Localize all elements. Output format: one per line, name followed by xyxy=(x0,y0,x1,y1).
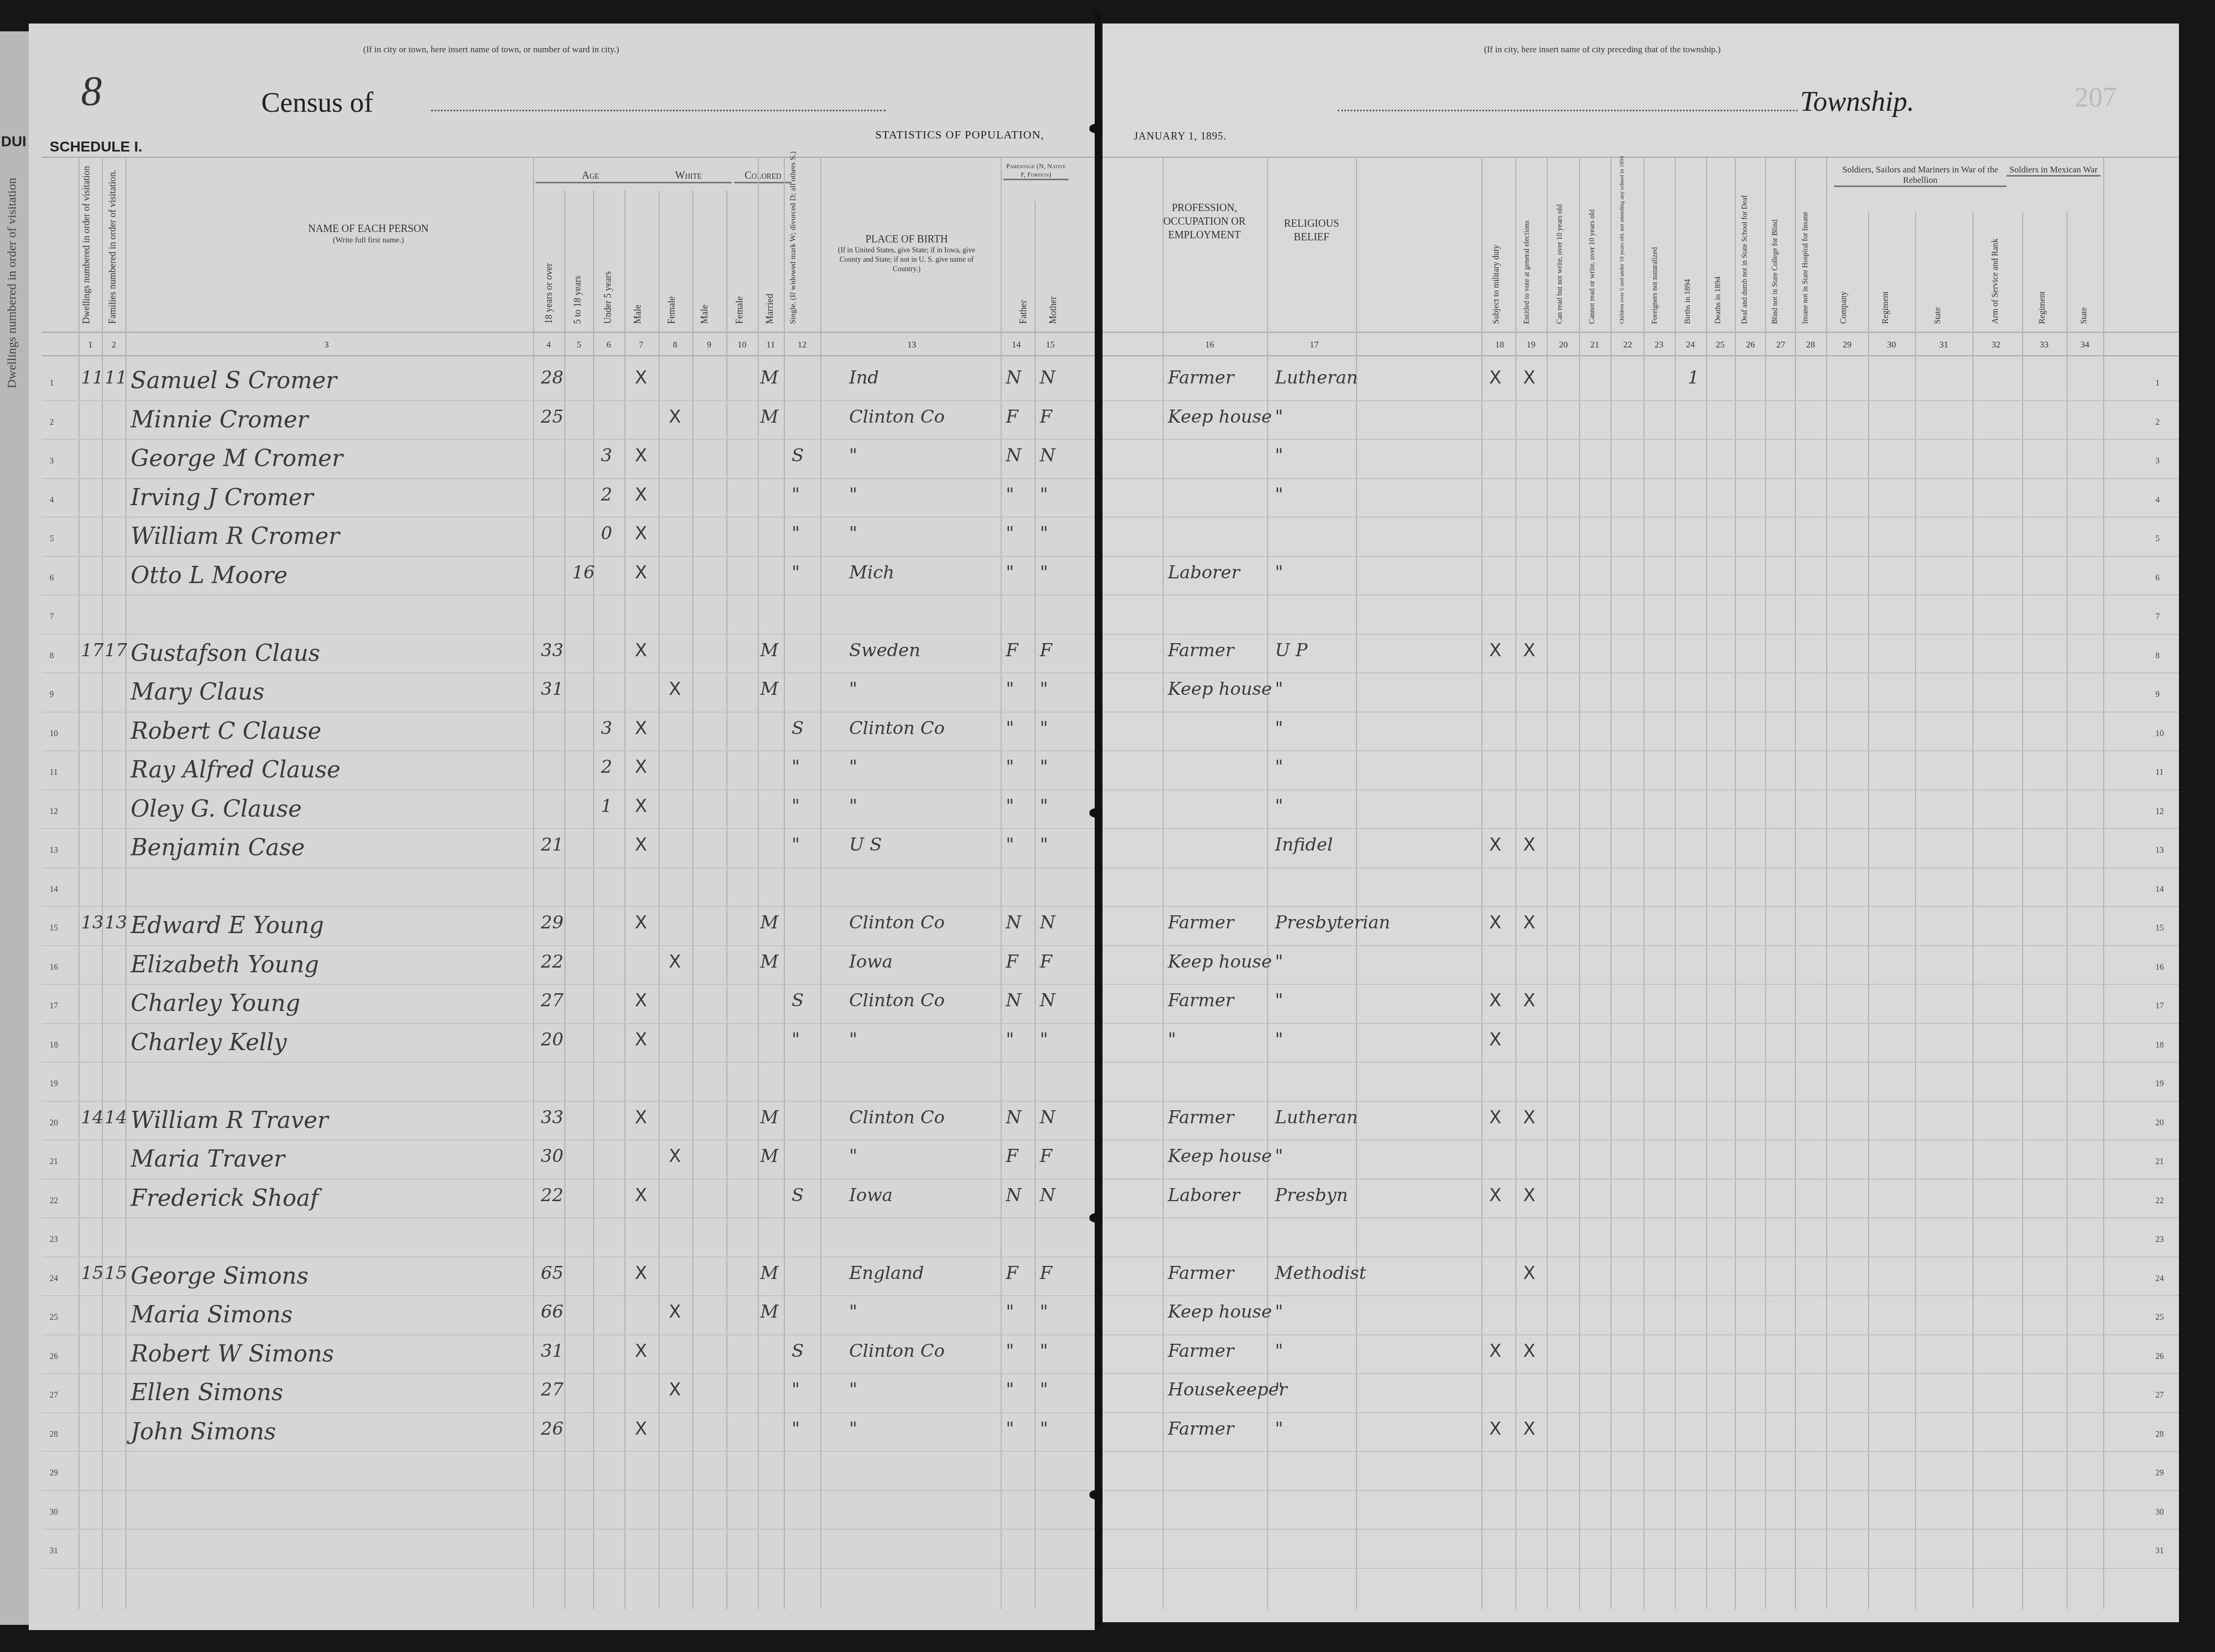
entry-religion: " xyxy=(1275,1146,1283,1167)
row-rule xyxy=(1103,439,2179,440)
col-34-header: State xyxy=(2080,222,2089,324)
row-rule xyxy=(1103,1529,2179,1530)
entry-status_s: " xyxy=(792,796,800,817)
census-place-blank xyxy=(431,110,886,111)
entry-birth: Clinton Co xyxy=(849,912,945,933)
col-30-header: Regiment xyxy=(1881,222,1891,324)
group-white: White xyxy=(645,170,732,183)
row-rule xyxy=(42,1295,1100,1296)
row-rule xyxy=(1103,1062,2179,1063)
entry-mother: " xyxy=(1040,757,1048,777)
entry-male: X xyxy=(635,912,647,933)
col-rule xyxy=(593,191,594,1609)
row-rule xyxy=(1103,1568,2179,1569)
entry-occupation: Housekeeper xyxy=(1168,1379,1288,1400)
col-rule xyxy=(1915,212,1916,1609)
row-line-number: 7 xyxy=(50,612,54,622)
group-colored: Colored xyxy=(734,170,792,183)
row-rule xyxy=(1103,672,2179,673)
col-rule xyxy=(1035,201,1036,1609)
entry-name: Edward E Young xyxy=(131,912,324,939)
row-rule xyxy=(42,478,1100,479)
col-rule xyxy=(1001,157,1002,1609)
row-line-number: 18 xyxy=(2155,1041,2164,1050)
entry-mother: " xyxy=(1040,562,1048,583)
name-column-note: (Write full first name.) xyxy=(212,236,525,246)
row-line-number: 5 xyxy=(50,534,54,544)
row-line-number: 19 xyxy=(2155,1079,2164,1089)
row-line-number: 30 xyxy=(50,1508,58,1517)
row-line-number: 9 xyxy=(50,690,54,700)
entry-vote: X xyxy=(1523,367,1535,388)
entry-name: Minnie Cromer xyxy=(131,406,308,433)
entry-status_m: M xyxy=(760,1263,779,1284)
col-num-23: 23 xyxy=(1649,340,1669,350)
col-rule xyxy=(2067,212,2068,1609)
entry-father: F xyxy=(1006,1263,1018,1284)
entry-birth: Iowa xyxy=(849,1185,892,1206)
col-num-8: 8 xyxy=(665,340,686,350)
entry-mother: N xyxy=(1040,1185,1056,1206)
entry-name: Charley Kelly xyxy=(131,1029,287,1056)
col-32-header: Arm of Service and Rank xyxy=(1991,222,2012,324)
entry-name: Oley G. Clause xyxy=(131,796,302,822)
entry-name: Charley Young xyxy=(131,990,300,1017)
row-line-number: 8 xyxy=(2155,652,2160,661)
entry-mother: " xyxy=(1040,1029,1048,1050)
entry-status_s: " xyxy=(792,484,800,505)
row-line-number: 6 xyxy=(50,574,54,583)
row-rule xyxy=(1103,478,2179,479)
entry-father: N xyxy=(1006,1107,1022,1128)
col-num-33: 33 xyxy=(2034,340,2055,350)
entry-age5_18: 16 xyxy=(572,562,595,583)
entry-father: " xyxy=(1006,834,1014,855)
row-rule xyxy=(42,517,1100,518)
row-line-number: 4 xyxy=(50,496,54,505)
col-23-header: Foreigners not naturalized xyxy=(1651,165,1672,324)
entry-name: Maria Simons xyxy=(131,1301,293,1328)
row-line-number: 15 xyxy=(2155,924,2164,933)
entry-male: X xyxy=(635,1418,647,1439)
entry-religion: U P xyxy=(1275,640,1307,661)
entry-age18: 27 xyxy=(541,1379,563,1400)
row-line-number: 26 xyxy=(50,1352,58,1362)
entry-mother: F xyxy=(1040,1263,1052,1284)
entry-religion: " xyxy=(1275,1379,1283,1400)
entry-status_m: M xyxy=(760,1107,779,1128)
col-14-header: Father xyxy=(1018,248,1029,324)
row-line-number: 20 xyxy=(2155,1119,2164,1128)
row-rule xyxy=(1103,1295,2179,1296)
entry-male: X xyxy=(635,757,647,777)
entry-birth: " xyxy=(849,1301,857,1322)
col-7-header: Male xyxy=(632,217,643,324)
col-rule xyxy=(533,157,534,1609)
row-rule xyxy=(42,634,1100,635)
entry-occupation: Keep house xyxy=(1168,679,1272,700)
row-line-number: 13 xyxy=(2155,846,2164,855)
entry-religion: " xyxy=(1275,679,1283,700)
col-29-header: Company xyxy=(1839,222,1849,324)
column-number-rule xyxy=(42,355,1100,356)
row-rule xyxy=(42,750,1100,751)
entry-male: X xyxy=(635,640,647,661)
entry-family: 14 xyxy=(105,1107,127,1128)
entry-vote: X xyxy=(1523,912,1535,933)
col-num-6: 6 xyxy=(598,340,619,350)
col-num-14: 14 xyxy=(1006,340,1027,350)
entry-birth: U S xyxy=(849,834,882,855)
entry-male: X xyxy=(635,990,647,1011)
row-line-number: 3 xyxy=(2155,457,2160,466)
entry-under5: 2 xyxy=(601,484,612,505)
row-line-number: 2 xyxy=(50,418,54,427)
col-25-header: Deaths in 1894 xyxy=(1714,165,1723,324)
row-line-number: 29 xyxy=(50,1469,58,1478)
entry-name: Robert W Simons xyxy=(131,1341,334,1367)
entry-mother: N xyxy=(1040,912,1056,933)
entry-occupation: Farmer xyxy=(1168,1341,1234,1362)
entry-status_m: M xyxy=(760,679,779,700)
row-line-number: 11 xyxy=(2155,768,2163,777)
col-num-34: 34 xyxy=(2074,340,2095,350)
row-rule xyxy=(42,672,1100,673)
row-line-number: 26 xyxy=(2155,1352,2164,1362)
group-mexican: Soldiers in Mexican War xyxy=(2007,165,2101,177)
entry-male: X xyxy=(635,718,647,739)
col-num-27: 27 xyxy=(1770,340,1791,350)
entry-female: X xyxy=(669,406,681,427)
row-rule xyxy=(42,828,1100,829)
row-rule xyxy=(1103,750,2179,751)
row-line-number: 4 xyxy=(2155,496,2160,505)
entry-mother: N xyxy=(1040,367,1056,388)
row-line-number: 16 xyxy=(2155,963,2164,972)
entry-father: N xyxy=(1006,912,1022,933)
census-of-title: Census of xyxy=(261,86,374,119)
entry-vote: X xyxy=(1523,1263,1535,1284)
entry-status_s: S xyxy=(792,718,804,739)
entry-male: X xyxy=(635,796,647,817)
entry-name: William R Cromer xyxy=(131,523,340,550)
entry-under5: 2 xyxy=(601,757,612,777)
row-rule xyxy=(42,867,1100,868)
entry-age18: 29 xyxy=(541,912,563,933)
group-parentage: Parentage (N, Native F, Foreign) xyxy=(1003,162,1069,180)
entry-birth: Clinton Co xyxy=(849,718,945,739)
col-num-19: 19 xyxy=(1521,340,1541,350)
col-16-header: PROFESSION, OCCUPATION OR EMPLOYMENT xyxy=(1155,201,1254,242)
entry-religion: " xyxy=(1275,406,1283,427)
col-num-11: 11 xyxy=(760,340,781,350)
entry-mother: " xyxy=(1040,1418,1048,1439)
entry-vote: X xyxy=(1523,834,1535,855)
city-name-blank xyxy=(1338,110,1797,111)
row-line-number: 24 xyxy=(2155,1274,2164,1284)
col-rule xyxy=(1765,157,1766,1609)
entry-under5: 3 xyxy=(601,445,612,466)
entry-birth: Clinton Co xyxy=(849,1107,945,1128)
entry-male: X xyxy=(635,367,647,388)
entry-family: 13 xyxy=(105,912,127,933)
col-rule xyxy=(1868,212,1869,1609)
row-line-number: 23 xyxy=(50,1235,58,1244)
col-num-25: 25 xyxy=(1710,340,1731,350)
entry-occupation: Keep house xyxy=(1168,406,1272,427)
entry-male: X xyxy=(635,1185,647,1206)
entry-vote: X xyxy=(1523,1107,1535,1128)
entry-status_m: M xyxy=(760,951,779,972)
row-rule xyxy=(1103,400,2179,401)
row-rule xyxy=(1103,1139,2179,1141)
row-rule xyxy=(1103,1334,2179,1335)
entry-status_m: M xyxy=(760,640,779,661)
entry-name: Robert C Clause xyxy=(131,718,321,744)
entry-status_m: M xyxy=(760,406,779,427)
col-num-10: 10 xyxy=(732,340,752,350)
entry-religion: " xyxy=(1275,757,1283,777)
col-17-header: RELIGIOUS BELIEF xyxy=(1278,217,1346,244)
col-num-31: 31 xyxy=(1933,340,1954,350)
row-rule xyxy=(1103,1490,2179,1491)
row-line-number: 7 xyxy=(2155,612,2160,622)
group-age: Age xyxy=(536,170,645,183)
col-num-24: 24 xyxy=(1680,340,1701,350)
entry-birth: " xyxy=(849,1418,857,1439)
row-rule xyxy=(1103,1023,2179,1024)
entry-occupation: Farmer xyxy=(1168,990,1234,1011)
entry-religion: " xyxy=(1275,1029,1283,1050)
col-rule xyxy=(1735,157,1736,1609)
entry-name: Ray Alfred Clause xyxy=(131,757,341,783)
entry-mother: N xyxy=(1040,990,1056,1011)
row-line-number: 29 xyxy=(2155,1469,2164,1478)
entry-female: X xyxy=(669,1379,681,1400)
row-line-number: 12 xyxy=(50,807,58,817)
row-line-number: 21 xyxy=(2155,1157,2164,1167)
entry-military: X xyxy=(1489,990,1501,1011)
row-rule xyxy=(1103,867,2179,868)
row-line-number: 12 xyxy=(2155,807,2164,817)
entry-father: N xyxy=(1006,367,1022,388)
col-num-20: 20 xyxy=(1553,340,1574,350)
col-num-26: 26 xyxy=(1740,340,1761,350)
row-line-number: 14 xyxy=(50,885,58,894)
row-rule xyxy=(42,595,1100,596)
entry-religion: " xyxy=(1275,1341,1283,1362)
col-num-7: 7 xyxy=(631,340,652,350)
previous-page-edge: DUI Dwellings numbered in order of visit… xyxy=(0,31,30,1625)
col-rule xyxy=(692,191,693,1609)
entry-name: Ellen Simons xyxy=(131,1379,283,1406)
row-line-number: 25 xyxy=(2155,1313,2164,1322)
col-rule xyxy=(564,191,565,1609)
col-num-15: 15 xyxy=(1040,340,1061,350)
row-rule xyxy=(1103,828,2179,829)
entry-status_s: S xyxy=(792,445,804,466)
header-bottom-rule xyxy=(1103,332,2179,333)
entry-age18: 26 xyxy=(541,1418,563,1439)
entry-birth: Clinton Co xyxy=(849,990,945,1011)
col-rule xyxy=(1675,157,1676,1609)
col-11-header: Married xyxy=(764,217,775,324)
entry-military: X xyxy=(1489,1107,1501,1128)
col-20-header: Can read but not write, over 10 years ol… xyxy=(1556,165,1577,324)
entry-occupation: Laborer xyxy=(1168,1185,1240,1206)
col-4-header: 18 years or over xyxy=(543,217,554,324)
entry-age18: 27 xyxy=(541,990,563,1011)
col-num-3: 3 xyxy=(316,340,337,350)
entry-father: " xyxy=(1006,1379,1014,1400)
col-num-13: 13 xyxy=(901,340,922,350)
row-line-number: 8 xyxy=(50,652,54,661)
col-num-9: 9 xyxy=(699,340,720,350)
col-rule xyxy=(726,191,727,1609)
entry-religion: " xyxy=(1275,796,1283,817)
entry-mother: " xyxy=(1040,484,1048,505)
col-rule xyxy=(624,191,625,1609)
entry-female: X xyxy=(669,1301,681,1322)
entry-name: Mary Claus xyxy=(131,679,264,705)
entry-father: " xyxy=(1006,796,1014,817)
entry-name: George M Cromer xyxy=(131,445,343,472)
entry-father: F xyxy=(1006,1146,1018,1167)
entry-birth: Mich xyxy=(849,562,895,583)
col-rule xyxy=(1481,157,1482,1609)
header-bottom-rule xyxy=(42,332,1100,333)
entry-religion: Lutheran xyxy=(1275,367,1358,388)
entry-father: " xyxy=(1006,484,1014,505)
row-rule xyxy=(42,1179,1100,1180)
entry-mother: " xyxy=(1040,1341,1048,1362)
entry-mother: " xyxy=(1040,796,1048,817)
col-rule xyxy=(1163,157,1164,1609)
entry-name: Otto L Moore xyxy=(131,562,287,589)
row-rule xyxy=(1103,1257,2179,1258)
entry-age18: 30 xyxy=(541,1146,563,1167)
col-2-header: Families numbered in order of visitation… xyxy=(107,175,118,324)
entry-under5: 1 xyxy=(601,796,612,817)
col-rule xyxy=(2022,212,2023,1609)
entry-name: Maria Traver xyxy=(131,1146,285,1172)
entry-under5: 3 xyxy=(601,718,612,739)
row-rule xyxy=(1103,1179,2179,1180)
entry-father: " xyxy=(1006,1029,1014,1050)
col-num-21: 21 xyxy=(1584,340,1605,350)
entry-age18: 31 xyxy=(541,679,563,700)
col-rule xyxy=(758,157,759,1609)
entry-status_m: M xyxy=(760,912,779,933)
row-line-number: 18 xyxy=(50,1041,58,1050)
entry-father: F xyxy=(1006,640,1018,661)
entry-occupation: Keep house xyxy=(1168,1146,1272,1167)
entry-age18: 33 xyxy=(541,1107,563,1128)
entry-birth: England xyxy=(849,1263,924,1284)
entry-female: X xyxy=(669,951,681,972)
row-rule xyxy=(42,789,1100,790)
entry-birth: Iowa xyxy=(849,951,892,972)
entry-father: N xyxy=(1006,445,1022,466)
entry-male: X xyxy=(635,1107,647,1128)
entry-father: " xyxy=(1006,679,1014,700)
entry-vote: X xyxy=(1523,640,1535,661)
row-rule xyxy=(1103,1373,2179,1374)
row-rule xyxy=(1103,1101,2179,1102)
row-line-number: 11 xyxy=(50,768,57,777)
entry-age18: 33 xyxy=(541,640,563,661)
col-num-30: 30 xyxy=(1881,340,1902,350)
entry-occupation: Keep house xyxy=(1168,951,1272,972)
row-line-number: 17 xyxy=(2155,1002,2164,1011)
row-line-number: 13 xyxy=(50,846,58,855)
entry-religion: " xyxy=(1275,990,1283,1011)
row-rule xyxy=(42,1529,1100,1530)
col-rule xyxy=(1795,157,1796,1609)
entry-status_s: " xyxy=(792,562,800,583)
col-19-header: Entitled to vote at general elections xyxy=(1523,165,1544,324)
row-line-number: 22 xyxy=(2155,1196,2164,1206)
col-3-header: NAME OF EACH PERSON (Write full first na… xyxy=(212,222,525,246)
entry-mother: F xyxy=(1040,640,1052,661)
entry-dwelling: 14 xyxy=(81,1107,103,1128)
entry-father: F xyxy=(1006,406,1018,427)
entry-male: X xyxy=(635,484,647,505)
left-page: (If in city or town, here insert name of… xyxy=(29,24,1100,1630)
entry-father: " xyxy=(1006,757,1014,777)
row-line-number: 21 xyxy=(50,1157,58,1167)
row-rule xyxy=(42,1490,1100,1491)
entry-birth: " xyxy=(849,1146,857,1167)
entry-male: X xyxy=(635,1341,647,1362)
row-rule xyxy=(1103,556,2179,557)
row-rule xyxy=(42,1217,1100,1218)
row-rule xyxy=(1103,1217,2179,1218)
col-rule xyxy=(1706,157,1707,1609)
col-1-header: Dwellings numbered in order of visitatio… xyxy=(81,175,92,324)
entry-name: William R Traver xyxy=(131,1107,328,1134)
group-rebellion: Soldiers, Sailors and Mariners in War of… xyxy=(1834,165,2007,187)
entry-status_m: M xyxy=(760,367,779,388)
entry-name: Gustafson Claus xyxy=(131,640,320,667)
col-rule xyxy=(784,157,785,1609)
col-rule xyxy=(1610,157,1611,1609)
entry-status_s: " xyxy=(792,523,800,544)
entry-military: X xyxy=(1489,1341,1501,1362)
col-31-header: State xyxy=(1933,222,1943,324)
row-rule xyxy=(42,712,1100,713)
row-rule xyxy=(1103,789,2179,790)
entry-father: " xyxy=(1006,718,1014,739)
entry-birth: " xyxy=(849,757,857,777)
col-num-4: 4 xyxy=(538,340,559,350)
row-line-number: 6 xyxy=(2155,574,2160,583)
entry-male: X xyxy=(635,1029,647,1050)
entry-status_s: " xyxy=(792,1029,800,1050)
entry-religion: " xyxy=(1275,951,1283,972)
row-line-number: 27 xyxy=(2155,1391,2164,1400)
entry-birth: " xyxy=(849,1379,857,1400)
entry-family: 11 xyxy=(105,367,127,388)
row-rule xyxy=(42,945,1100,946)
col-num-29: 29 xyxy=(1837,340,1858,350)
column-number-rule xyxy=(1103,355,2179,356)
row-rule xyxy=(42,400,1100,401)
entry-father: N xyxy=(1006,1185,1022,1206)
entry-age18: 28 xyxy=(541,367,563,388)
entry-religion: " xyxy=(1275,718,1283,739)
entry-birth: Sweden xyxy=(849,640,920,661)
